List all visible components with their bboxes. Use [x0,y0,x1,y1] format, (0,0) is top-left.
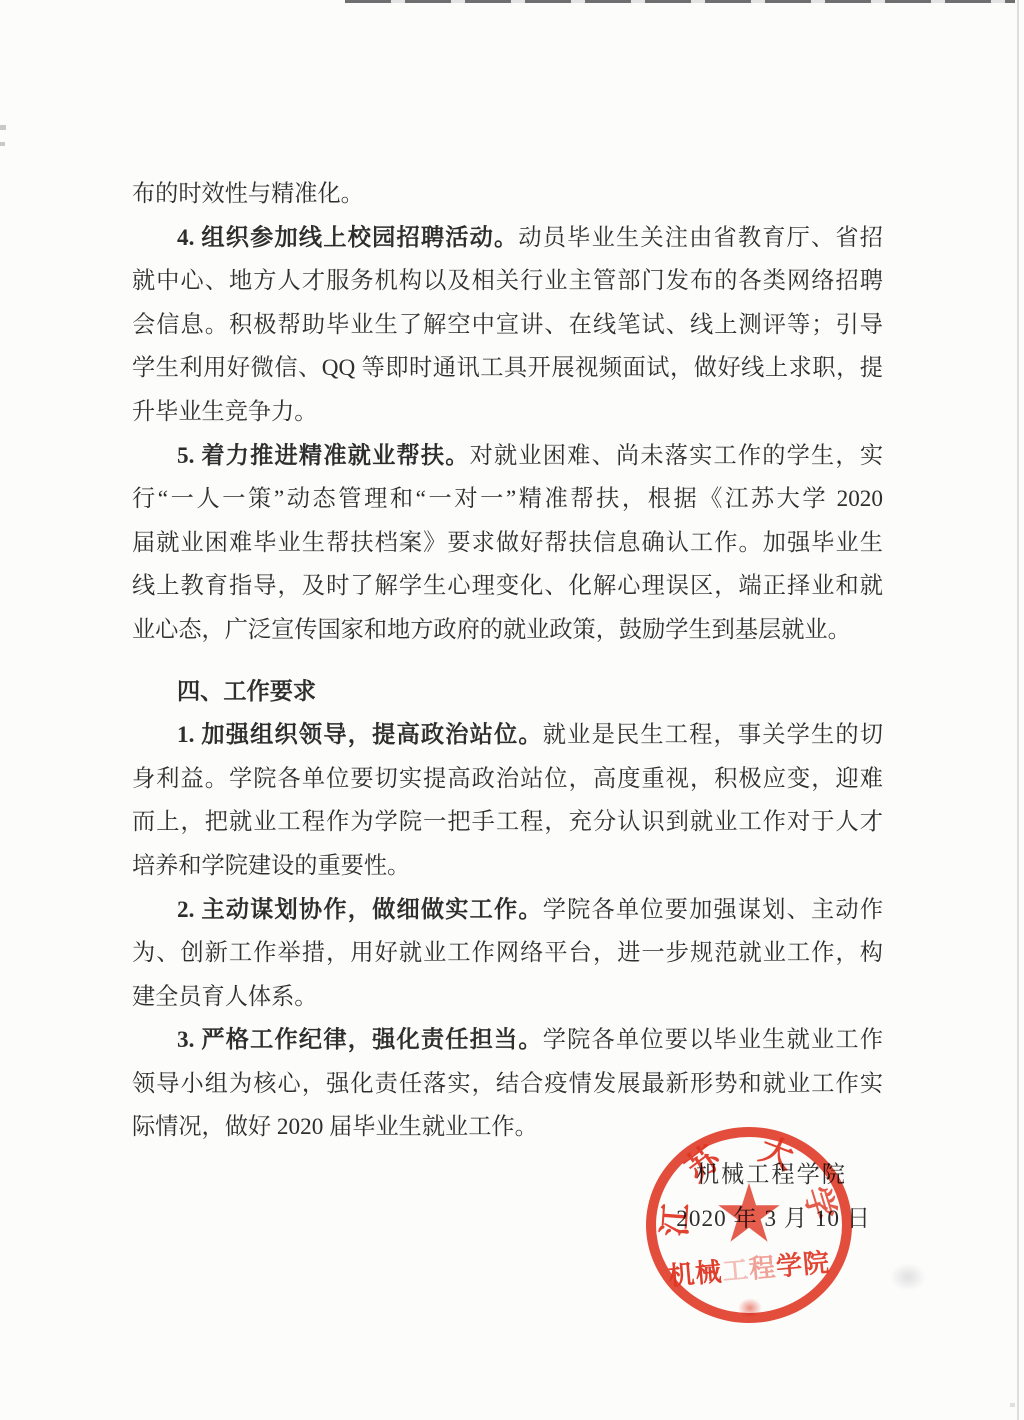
line-bold-text: 2. 主动谋划协作，做细做实工作。 [177,897,543,923]
text-line: 线上教育指导，及时了解学生心理变化、化解心理误区，端正择业和就 [132,565,883,609]
line-text: 领导小组为核心，强化责任落实，结合疫情发展最新形势和就业工作实 [132,1071,883,1097]
seal-bottom-run: 程 [748,1253,777,1284]
seal-arc-char: 江 [649,1202,698,1238]
line-text: 行“一人一策”动态管理和“一对一”精准帮扶，根据《江苏大学 2020 [132,486,883,512]
line-text: 而上，把就业工程作为学院一把手工程，充分认识到就业工作对于人才 [132,809,883,835]
text-line: 就中心、地方人才服务机构以及相关行业主管部门发布的各类网络招聘 [132,260,883,304]
document-page: 布的时效性与精准化。 4. 组织参加线上校园招聘活动。动员毕业生关注由省教育厅、… [0,0,1024,1420]
line-text: 学生利用好微信、QQ 等即时通讯工具开展视频面试，做好线上求职，提 [132,355,883,381]
line-text: 线上教育指导，及时了解学生心理变化、化解心理误区，端正择业和就 [132,573,883,599]
scan-artifact-right-edge [1017,0,1019,1420]
line-text: 就中心、地方人才服务机构以及相关行业主管部门发布的各类网络招聘 [132,268,883,294]
line-text: 会信息。积极帮助毕业生了解空中宣讲、在线笔试、线上测评等；引导 [132,312,883,338]
line-bold-text: 1. 加强组织领导，提高政治站位。 [177,722,543,748]
line-text: 际情况，做好 2020 届毕业生就业工作。 [132,1114,538,1140]
text-line: 四、工作要求 [132,671,883,715]
seal-ink-drip [738,1298,762,1318]
text-line: 而上，把就业工程作为学院一把手工程，充分认识到就业工作对于人才 [132,801,883,845]
text-line: 升毕业生竞争力。 [132,391,883,435]
line-text: 为、创新工作举措，用好就业工作网络平台，进一步规范就业工作，构 [132,940,883,966]
line-bold-text: 四、工作要求 [177,679,316,705]
line-text: 届就业困难毕业生帮扶档案》要求做好帮扶信息确认工作。加强毕业生 [132,530,883,556]
line-text: 动员毕业生关注由省教育厅、省招 [518,225,883,251]
text-line: 届就业困难毕业生帮扶档案》要求做好帮扶信息确认工作。加强毕业生 [132,522,883,566]
seal-bottom-run: 学院 [775,1248,831,1282]
scan-smudge [890,1263,926,1291]
text-line: 2. 主动谋划协作，做细做实工作。学院各单位要加强谋划、主动作 [132,889,883,933]
text-line: 4. 组织参加线上校园招聘活动。动员毕业生关注由省教育厅、省招 [132,217,883,261]
scan-speck [0,142,5,146]
official-seal: 江苏大学 机械工程学院 [646,1127,852,1323]
seal-bottom-run: 机械 [667,1257,723,1291]
text-line: 1. 加强组织领导，提高政治站位。就业是民生工程，事关学生的切 [132,714,883,758]
line-bold-text: 3. 严格工作纪律，强化责任担当。 [177,1027,543,1053]
text-line: 领导小组为核心，强化责任落实，结合疫情发展最新形势和就业工作实 [132,1063,883,1107]
line-text: 培养和学院建设的重要性。 [132,853,410,879]
text-line: 培养和学院建设的重要性。 [132,845,883,889]
line-text: 业心态，广泛宣传国家和地方政府的就业政策，鼓励学生到基层就业。 [132,617,851,643]
text-line: 3. 严格工作纪律，强化责任担当。学院各单位要以毕业生就业工作 [132,1019,883,1063]
text-line: 行“一人一策”动态管理和“一对一”精准帮扶，根据《江苏大学 2020 [132,478,883,522]
scan-speck [1010,1403,1015,1407]
line-text: 对就业困难、尚未落实工作的学生，实 [470,443,883,469]
line-bold-text: 4. 组织参加线上校园招聘活动。 [177,225,518,251]
line-text: 布的时效性与精准化。 [132,181,364,207]
text-line: 业心态，广泛宣传国家和地方政府的就业政策，鼓励学生到基层就业。 [132,609,883,653]
line-text: 建全员育人体系。 [132,984,318,1010]
seal-star-icon [717,1183,781,1249]
line-text: 升毕业生竞争力。 [132,399,318,425]
text-line: 会信息。积极帮助毕业生了解空中宣讲、在线笔试、线上测评等；引导 [132,304,883,348]
text-line: 为、创新工作举措，用好就业工作网络平台，进一步规范就业工作，构 [132,932,883,976]
scan-artifact-top-edge [345,0,1015,3]
text-line: 5. 着力推进精准就业帮扶。对就业困难、尚未落实工作的学生，实 [132,435,883,479]
line-bold-text: 5. 着力推进精准就业帮扶。 [177,443,470,469]
scan-speck [0,125,6,130]
line-text: 学院各单位要以毕业生就业工作 [543,1027,883,1053]
line-text: 身利益。学院各单位要切实提高政治站位，高度重视，积极应变，迎难 [132,766,883,792]
line-text: 就业是民生工程，事关学生的切 [543,722,883,748]
text-line: 布的时效性与精准化。 [132,173,883,217]
line-text: 学院各单位要加强谋划、主动作 [543,897,883,923]
text-line: 身利益。学院各单位要切实提高政治站位，高度重视，积极应变，迎难 [132,758,883,802]
document-body: 布的时效性与精准化。 4. 组织参加线上校园招聘活动。动员毕业生关注由省教育厅、… [132,173,883,1150]
text-line: 建全员育人体系。 [132,976,883,1020]
seal-bottom-run: 工 [721,1255,750,1286]
text-line: 学生利用好微信、QQ 等即时通讯工具开展视频面试，做好线上求职，提 [132,347,883,391]
